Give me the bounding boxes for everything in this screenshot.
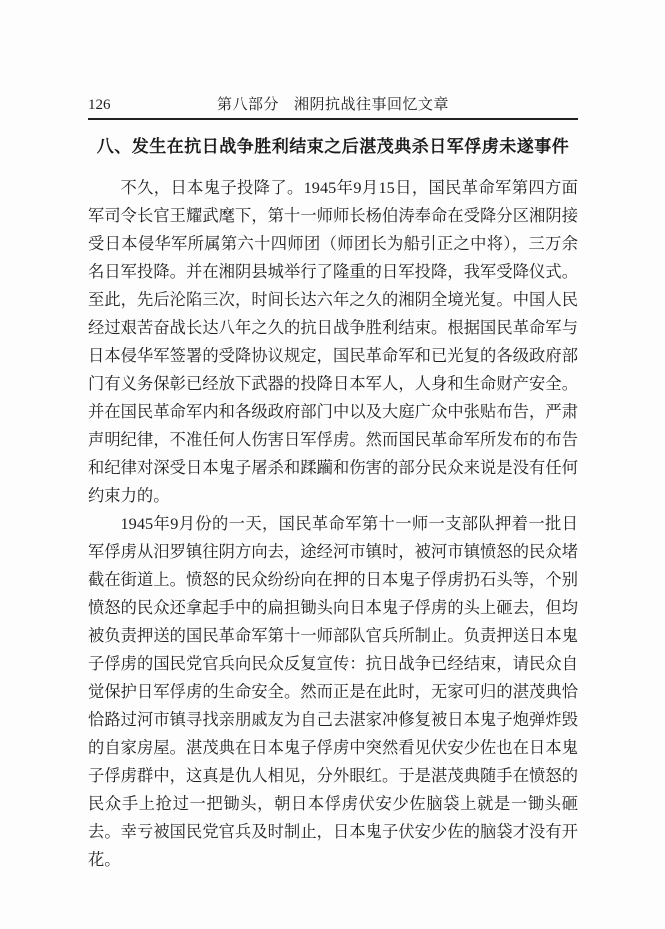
paragraph-1: 不久，日本鬼子投降了。1945年9月15日，国民革命军第四方面军司令长官王耀武麾… [88, 174, 578, 510]
article-title: 八、发生在抗日战争胜利结束之后湛茂典杀日军俘虏未遂事件 [88, 136, 578, 158]
paragraph-2: 1945年9月份的一天，国民革命军第十一师一支部队押着一批日军俘虏从汨罗镇往阴方… [88, 510, 578, 874]
header-rule [88, 118, 578, 120]
running-header-section: 第八部分 [217, 97, 279, 113]
page-header: 126 第八部分湘阴抗战往事回忆文章 [88, 96, 578, 116]
running-header: 第八部分湘阴抗战往事回忆文章 [88, 96, 578, 114]
running-header-title: 湘阴抗战往事回忆文章 [294, 97, 449, 113]
article-body: 不久，日本鬼子投降了。1945年9月15日，国民革命军第四方面军司令长官王耀武麾… [88, 174, 578, 874]
book-page: 126 第八部分湘阴抗战往事回忆文章 八、发生在抗日战争胜利结束之后湛茂典杀日军… [0, 0, 665, 929]
article: 八、发生在抗日战争胜利结束之后湛茂典杀日军俘虏未遂事件 不久，日本鬼子投降了。1… [88, 136, 578, 874]
